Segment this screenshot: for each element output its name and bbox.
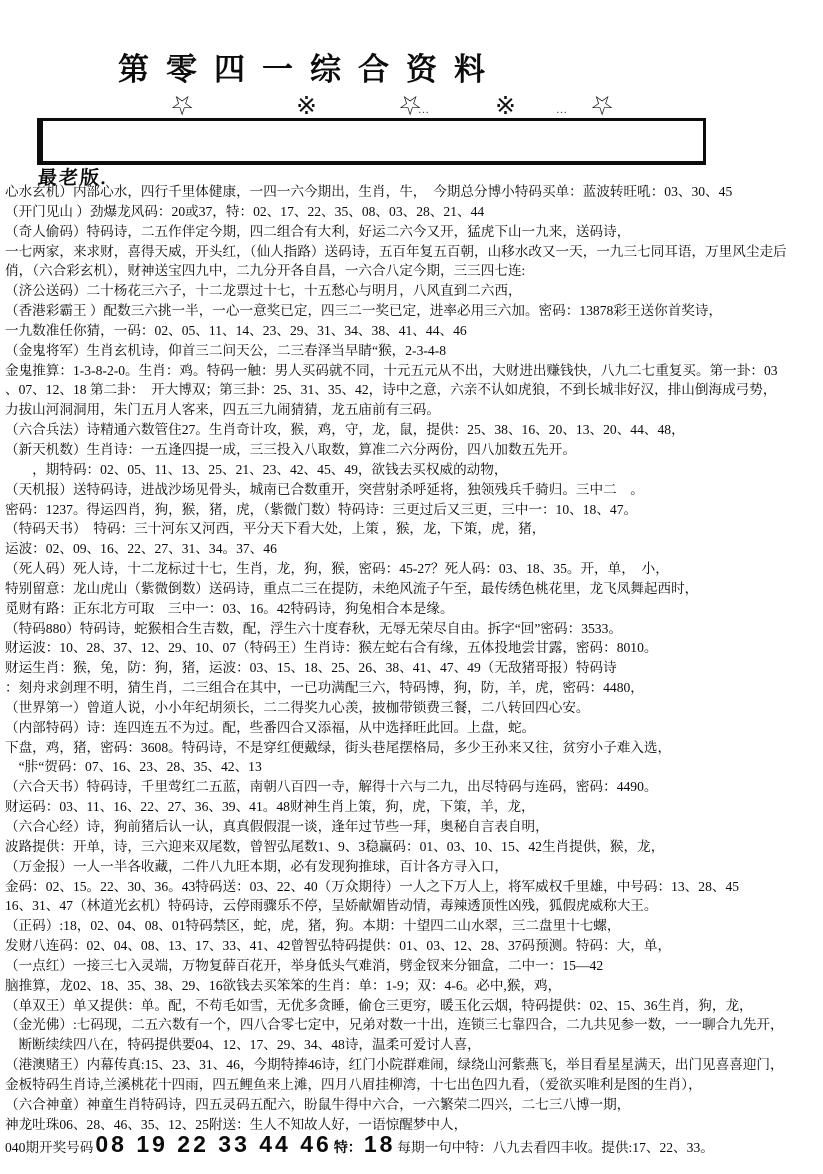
text-line: （金光佛）:七码现，二五六数有一个，四八合零七定中，兄弟对数一十出，连锁三七靠四…	[5, 1015, 823, 1035]
footer-tip-text: 每期一句中特：八九去看四丰收。提供:17、22、33。	[397, 1136, 713, 1156]
text-line: ，期特码：02、05、11、13、25、21、23、42、45、49，欲钱去买权…	[5, 460, 823, 480]
text-line: （一点红）一接三七入灵端，万物复薛百花开，举身低头气难消，劈金钗来分钿盒，二中一…	[5, 956, 823, 976]
text-line: 一九数准任你猜，一码：02、05、11、14、23、29、31、34、38、41…	[5, 321, 823, 341]
page-title: 第零四一综合资料	[118, 44, 502, 89]
text-line: ：刻舟求剑理不明，猜生肖，二三组合在其中，一已功满配三六，特码博，狗，防，羊，虎…	[5, 678, 823, 698]
text-line: 金板特码生肖诗,兰溪桃花十四雨，四五鲤鱼来上滩，四月八眉挂柳湾，十七出色四九看，…	[5, 1075, 823, 1095]
text-line: 一七两家，来求财，喜得天威，开头红，（仙人指路）送码诗，五百年复五百朝，山移水改…	[5, 242, 823, 262]
special-number-label: 特：	[334, 1137, 362, 1157]
text-line: （新天机数）生肖诗：一五逢四提一成，三三投入八取数，算准二六分两份，四八加数五先…	[5, 440, 823, 460]
text-line: 心水玄机）内部心水，四行千里体健康，一四一六今期出，生肖，牛， 今期总分博小特码…	[5, 182, 823, 202]
text-line: （开门见山 ）劲爆龙风码：20或37，特：02、17、22、35、08、03、2…	[5, 202, 823, 222]
draw-result-line: 040期开奖号码 08 19 22 33 44 46 特： 18 每期一句中特：…	[5, 1131, 823, 1158]
text-line: 下盘，鸡，猪，密码：3608。特码诗，不是穿红便戴绿，街头巷尾摆格局，多少王孙来…	[5, 738, 823, 758]
text-line: 力拔山河洞洞用，朱门五月人客来，四五三九闹猜猜，龙五庙前有三码。	[5, 400, 823, 420]
text-line: （天机报）送特码诗，进战沙场见骨头，城南已合数重开，突营射杀呼延将，独领残兵千骑…	[5, 480, 823, 500]
text-line: 觅财有路：正东北方可取 三中一：03、16。42特码诗，狗兔相合本是缘。	[5, 599, 823, 619]
star-icon: ☆	[590, 90, 614, 120]
star-icon: ☆	[170, 90, 194, 120]
text-line: （港澳赌王）内幕传真:15、23、31、46，今期特捧46诗，红门小院群难闹，绿…	[5, 1055, 823, 1075]
text-line: （六合兵法）诗精通六数管住27。生肖奇计攻，猴，鸡，守，龙，鼠，提供：25、38…	[5, 420, 823, 440]
draw-issue-prefix: 040期开奖号码	[5, 1136, 93, 1156]
text-line: （特码880）特码诗，蛇猴相合生吉数，配，浮生六十度春秋，无辱无荣尽自由。拆字“…	[5, 619, 823, 639]
text-line: （单双王）单又提供：单。配，不苟毛如雪，无优多贪睡，偷仓三更穷，暖玉化云烟，特码…	[5, 996, 823, 1016]
text-line: 金码：02、15。22、30、36。43特码送：03、22、40（万众期待）一人…	[5, 877, 823, 897]
text-line: 财运波：10、28、37、12、29、10、07（特码王）生肖诗：猴左蛇右合有缘…	[5, 638, 823, 658]
text-line: （六合天书）特码诗，千里莺红二五蓝，南朝八百四一寺，解得十六与二九，出尽特码与连…	[5, 777, 823, 797]
text-line: （金鬼将军）生肖玄机诗，仰首三二问天公，二三春泽当早睛“猴，2-3-4-8	[5, 341, 823, 361]
text-line: 俏，（六合彩玄机），财神送宝四九中，二九分开各自昌，一六合八定今期，三三四七连:	[5, 261, 823, 281]
text-line: （万金报）一人一半各收藏，二件八九旺本期，必有发现狗推球，百计各方寻入口，	[5, 857, 823, 877]
text-line: 财运生肖：猴，兔，防：狗，猪，运波：03、15、18、25、26、38、41、4…	[5, 658, 823, 678]
text-line: （特码天书） 特码：三十河东又河西，平分天下看大处，上策 ，猴，龙，下策，虎，猪…	[5, 519, 823, 539]
text-line: 财运码：03、11、16、22、27、36、39、41。48财神生肖上策，狗，虎…	[5, 797, 823, 817]
text-line: （内部特码）诗：连四连五不为过。配，些番四合又添福，从中选择旺此回。上盘，蛇。	[5, 718, 823, 738]
text-line: 16、31、47（林道光玄机）特码诗，云停雨骤乐不停，呈娇献媚皆动情，毒辣透顶性…	[5, 896, 823, 916]
text-line: （正码）:18，02、04、08、01特码禁区，蛇，虎，猪，狗。本期：十望四二山…	[5, 916, 823, 936]
text-line: （奇人偷码）特码诗，二五作伴定今期，四二组合有大利，好运二六今又开，猛虎下山一九…	[5, 222, 823, 242]
tips-text-block: 心水玄机）内部心水，四行千里体健康，一四一六今期出，生肖，牛， 今期总分博小特码…	[5, 182, 823, 1135]
text-line: 运波：02、09、16、22、27、31、34。37、46	[5, 539, 823, 559]
text-line: 发财八连码：02、04、08、13、17、33、41、42曾智弘特码提供：01、…	[5, 936, 823, 956]
text-line: 脑推算，龙02、18、35、38、29、16欲钱去买笨笨的生肖：单：1-9；双：…	[5, 976, 823, 996]
ink-dots: …	[418, 104, 431, 116]
lottery-info-sheet: 第零四一综合资料 ☆ ※ ☆ ※ ☆ … … 最老版. 心水玄机）内部心水，四行…	[0, 0, 823, 1174]
text-line: （六合神童）神童生肖特码诗，四五灵码五配六，盼鼠牛得中六合，一六繁荣二四兴，二七…	[5, 1095, 823, 1115]
text-line: 金鬼推算：1-3-8-2-0。生肖：鸡。特码一触：男人买码就不同，十元五元从不出…	[5, 361, 823, 381]
text-line: （六合心经）诗，狗前猪后认一认，真真假假混一谈，逢年过节些一拜，奥秘自言表自明，	[5, 817, 823, 837]
text-line: （香港彩霸王 ）配数三六挑一半，一心一意奖已定，四三二一奖已定，进率必用三六加。…	[5, 301, 823, 321]
text-line: 波路提供：开单，诗，三六迎来双尾数，曾智弘尾数1、9、3稳赢码：01、03、10…	[5, 837, 823, 857]
text-line: （济公送码）二十杨花三六子，十二龙票过十七，十五愁心与明月，八风直到二六西，	[5, 281, 823, 301]
text-line: 、07、12、18 第二卦： 开大博双；第三卦：25、31、35、42，诗中之意…	[5, 380, 823, 400]
text-line: 特别留意：龙山虎山（紫微倒数）送码诗，重点二三在提防，未绝风流子午至，最传绣色桃…	[5, 579, 823, 599]
winning-numbers: 08 19 22 33 44 46	[95, 1131, 331, 1158]
text-line: （死人码）死人诗，十二龙标过十七，生肖，龙，狗，猴，密码：45-27？死人码：0…	[5, 559, 823, 579]
ink-dots: …	[556, 104, 569, 116]
text-line: “胩“贺码：07、16、23、28、35、42、13	[5, 757, 823, 777]
text-line: 密码：1237。得运四肖，狗，猴，猪，虎，（紫微门数）特码诗：三更过后又三更，三…	[5, 500, 823, 520]
text-line: 断断续续四八在，特码提供要04、12、17、29、34、48诗，温柔可爱讨人喜，	[5, 1035, 823, 1055]
empty-banner-box	[37, 118, 706, 165]
special-number: 18	[364, 1131, 396, 1158]
text-line: （世界第一）曾道人说，小小年纪胡须长，二二得奖九心羡，披枷带锁费三餐，二八转回四…	[5, 698, 823, 718]
